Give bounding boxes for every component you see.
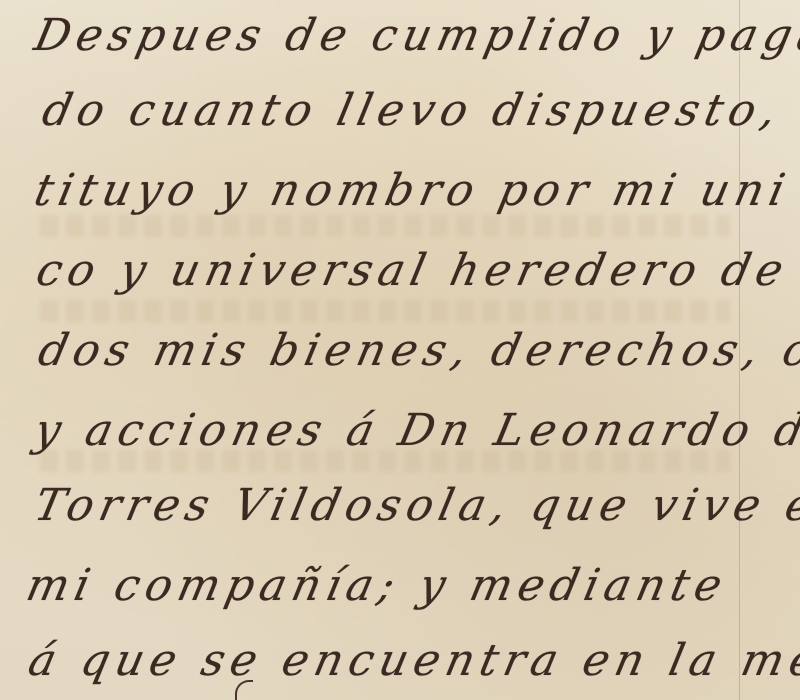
handwritten-line: dos mis bienes, derechos, créditos xyxy=(34,325,800,376)
bleed-through-text xyxy=(40,215,730,237)
handwritten-line: do cuanto llevo dispuesto, ins xyxy=(38,85,800,136)
handwritten-line: Despues de cumplido y paga xyxy=(30,10,800,61)
handwritten-line: Torres Vildosola, que vive en xyxy=(30,480,800,531)
handwritten-line: co y universal heredero de to xyxy=(32,245,800,296)
handwritten-line: tituyo y nombro por mi uni xyxy=(30,165,795,216)
manuscript-page: Despues de cumplido y paga do cuanto lle… xyxy=(0,0,800,700)
handwritten-line: y acciones á Dn Leonardo de xyxy=(30,405,800,456)
handwritten-line: mi compañía; y mediante xyxy=(22,560,732,611)
handwritten-line: á que se encuentra en la me xyxy=(24,635,800,686)
bleed-through-text xyxy=(40,300,730,322)
